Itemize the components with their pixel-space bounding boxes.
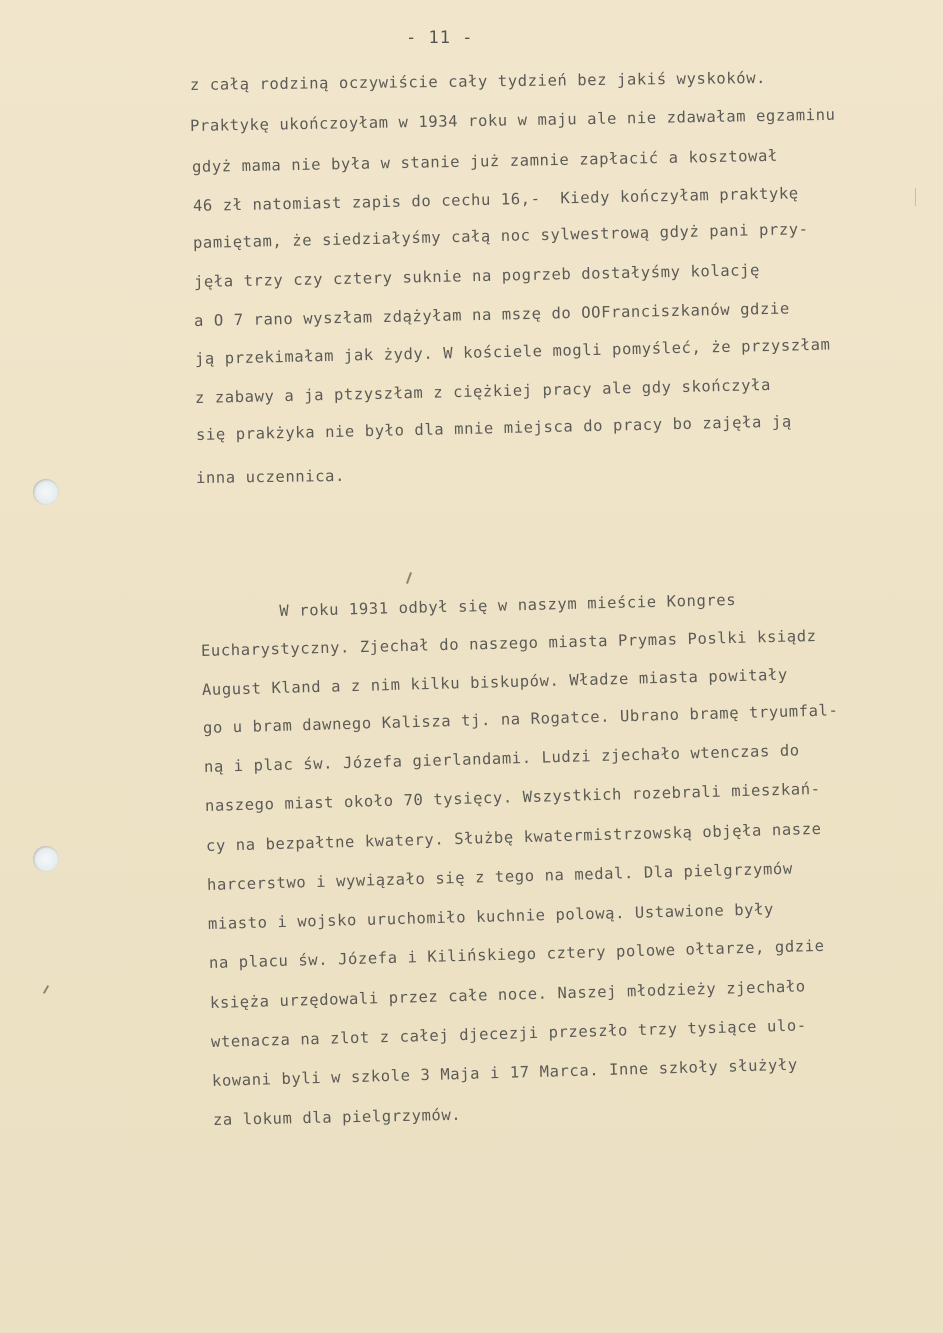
punch-hole-top xyxy=(33,479,59,505)
text-line: księża urzędowali przez całe noce. Nasze… xyxy=(210,977,806,1012)
text-line: gdyż mama nie była w stanie już zamnie z… xyxy=(192,147,778,176)
text-line: za lokum dla pielgrzymów. xyxy=(213,1106,462,1129)
text-line: Eucharystyczny. Zjechał do naszego miast… xyxy=(201,627,817,660)
text-line: ną i plac św. Józefa gierlandami. Ludzi … xyxy=(204,741,800,776)
paper-speck xyxy=(43,985,49,994)
text-line: a O 7 rano wyszłam zdążyłam na mszę do O… xyxy=(194,300,790,330)
text-line: na placu św. Józefa i Kilińskiego cztery… xyxy=(209,937,825,972)
text-line: 46 zł natomiast zapis do cechu 16,- Kied… xyxy=(193,184,799,215)
text-line: naszego miast około 70 tysięcy. Wszystki… xyxy=(205,780,821,815)
text-line: ją przekimałam jak żydy. W kościele mogl… xyxy=(195,336,831,368)
text-line: go u bram dawnego Kalisza tj. na Rogatce… xyxy=(203,701,839,737)
text-line: z całą rodziną oczywiście cały tydzień b… xyxy=(190,69,766,94)
typewritten-page: - 11 - z całą rodziną oczywiście cały ty… xyxy=(0,0,943,1333)
text-line: harcerstwo i wywiązało się z tego na med… xyxy=(207,860,793,894)
punch-hole-bottom xyxy=(33,846,59,872)
text-line: cy na bezpałtne kwatery. Służbę kwatermi… xyxy=(206,820,822,855)
paper-speck xyxy=(406,572,412,584)
text-line: się prakżyka nie było dla mnie miejsca d… xyxy=(196,412,792,444)
page-number: - 11 - xyxy=(406,28,473,48)
text-line: z zabawy a ja ptzyszłam z ciężkiej pracy… xyxy=(195,376,771,407)
paper-speck xyxy=(915,188,916,206)
text-line: August Kland a z nim kilku biskupów. Wła… xyxy=(202,666,788,699)
text-line: inna uczennica. xyxy=(196,467,345,487)
text-line: jęła trzy czy cztery suknie na pogrzeb d… xyxy=(194,261,760,291)
text-line: Praktykę ukończoyłam w 1934 roku w maju … xyxy=(190,106,836,135)
text-line: kowani byli w szkole 3 Maja i 17 Marca. … xyxy=(212,1056,798,1090)
text-line: pamiętam, że siedziałyśmy całą noc sylwe… xyxy=(193,220,809,252)
text-line: miasto i wojsko uruchomiło kuchnie polow… xyxy=(208,900,774,933)
text-line: W roku 1931 odbył się w naszym mieście K… xyxy=(200,591,737,622)
text-line: wtenacza na zlot z całej djecezji przesz… xyxy=(211,1016,807,1051)
